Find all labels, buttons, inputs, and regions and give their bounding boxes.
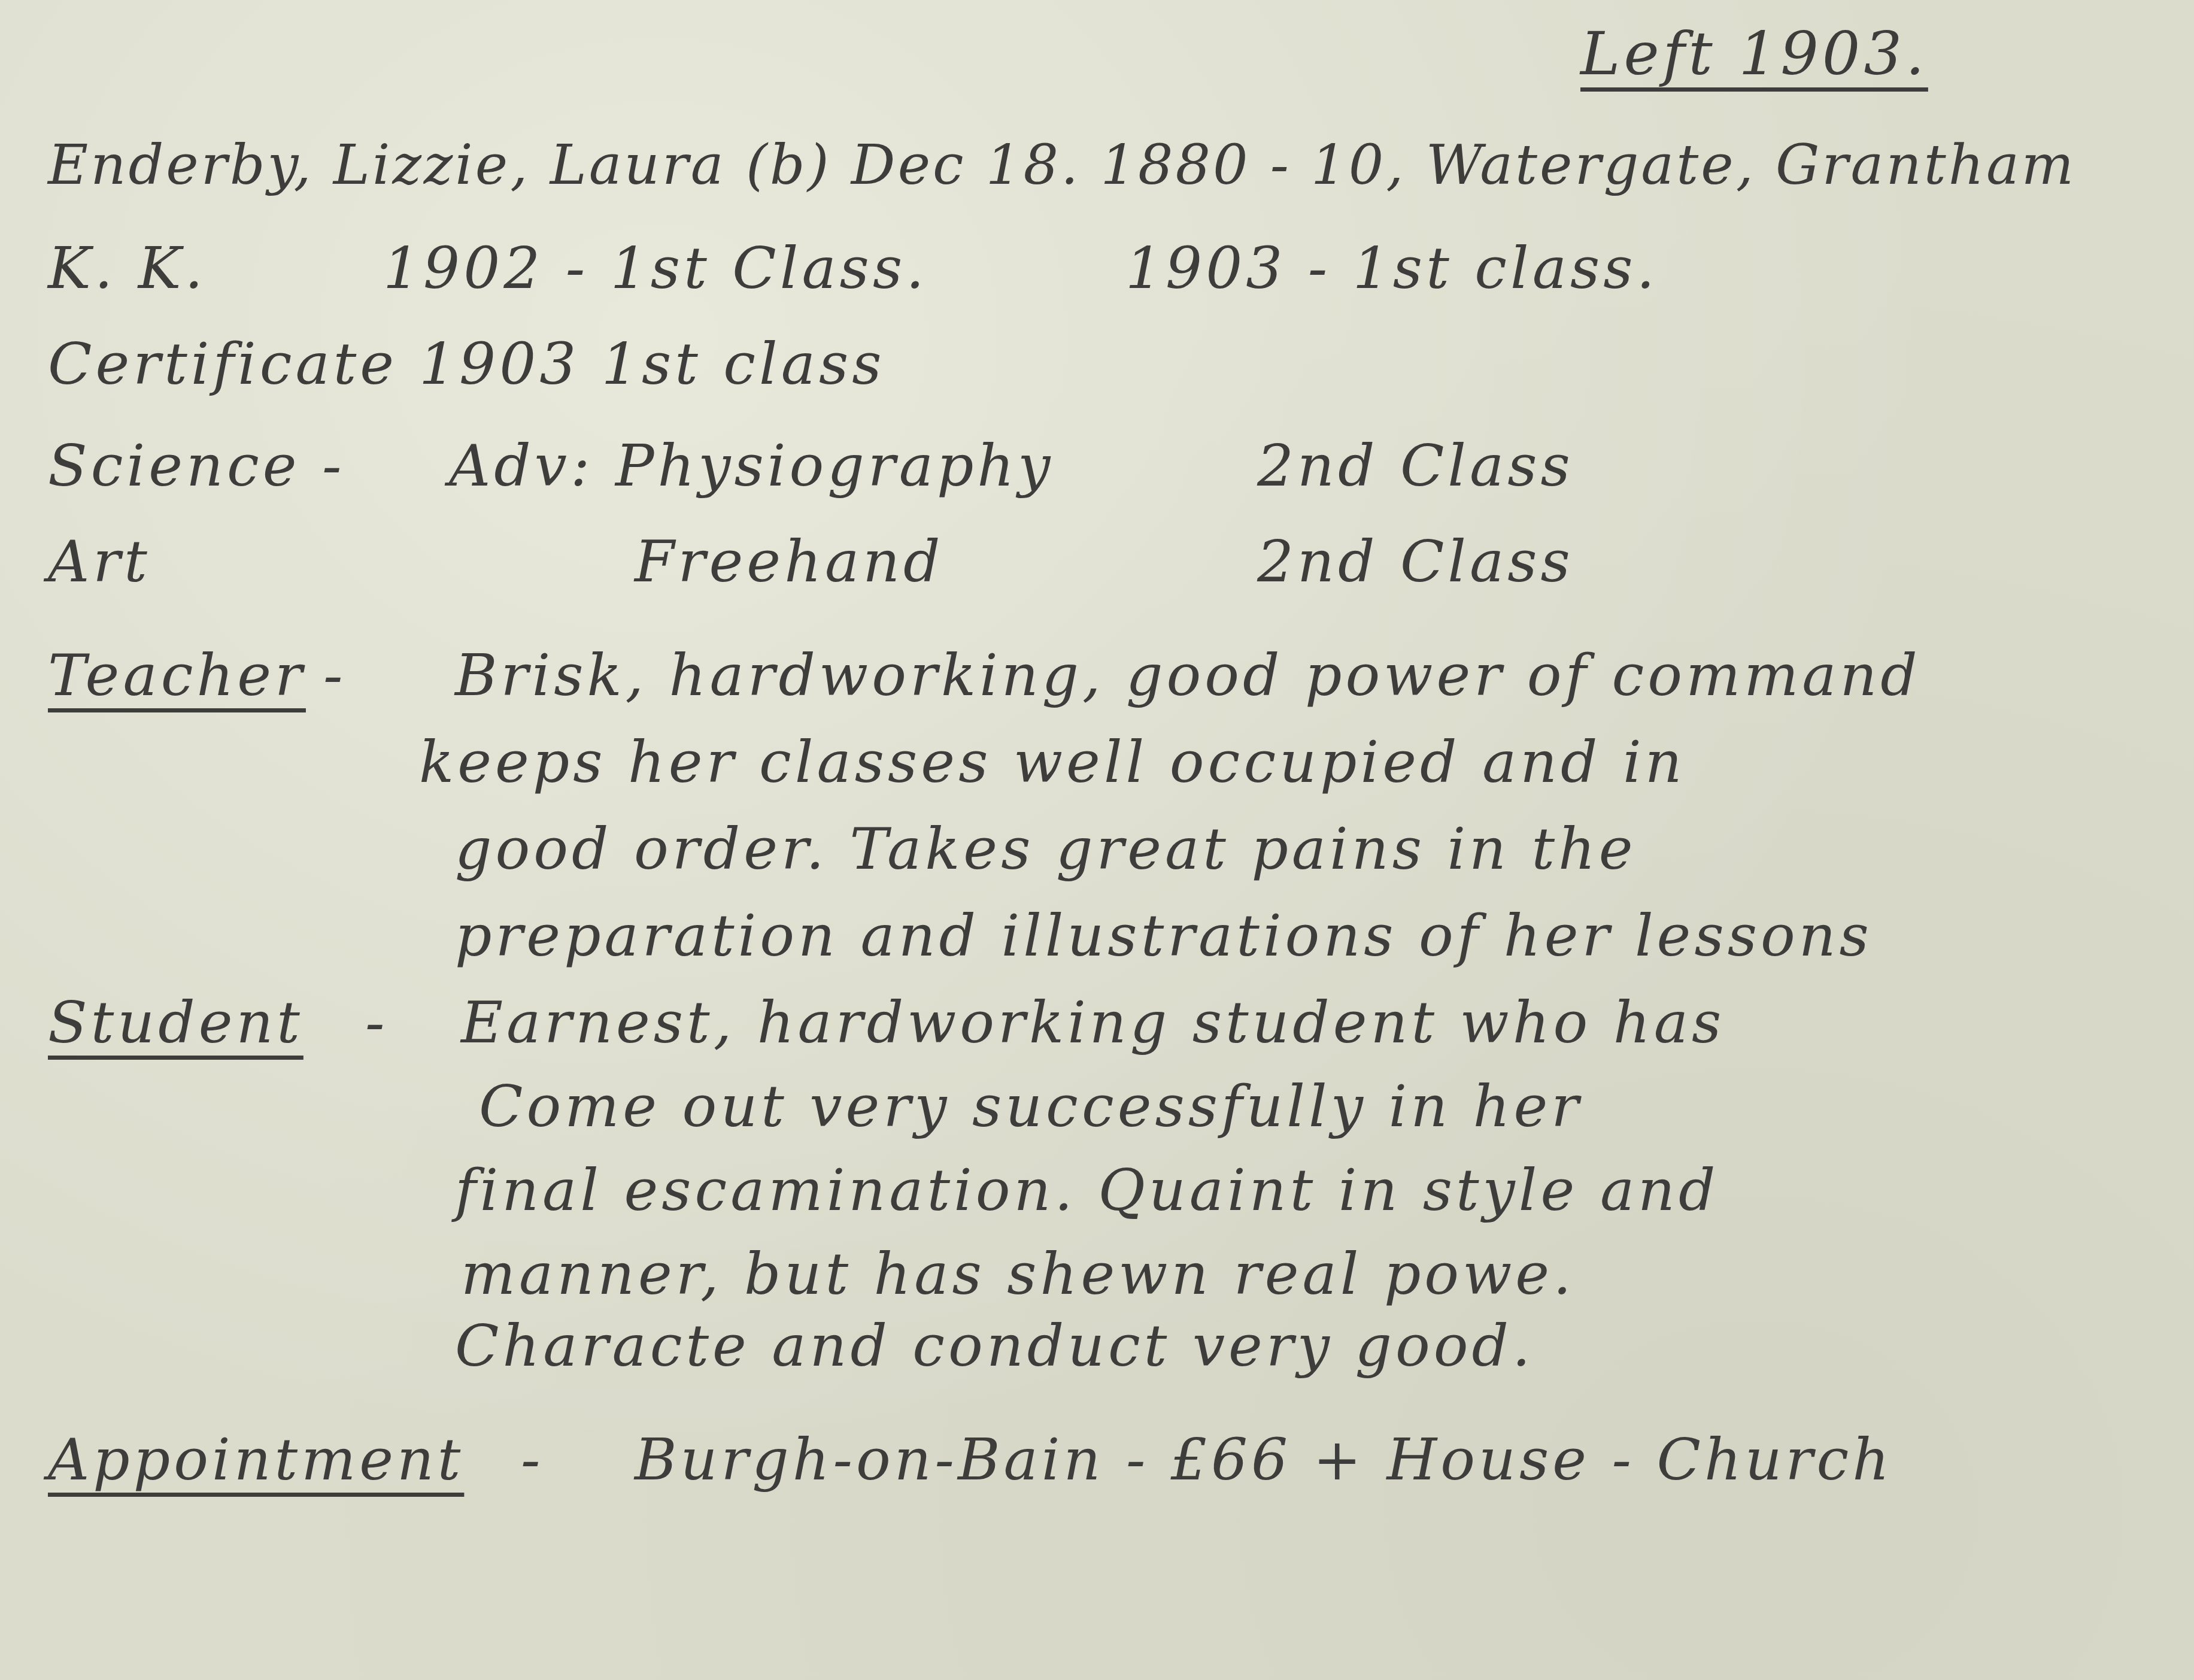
student-comment-line-4: manner, but has shewn real powe. bbox=[461, 1245, 1575, 1303]
appointment-dash: - bbox=[521, 1431, 544, 1488]
teacher-comment-line-3: good order. Takes great pains in the bbox=[455, 820, 1637, 878]
teacher-label: Teacher bbox=[48, 647, 306, 704]
certificate-value: 1903 1st class bbox=[419, 335, 885, 393]
kk-entry-1903: 1903 - 1st class. bbox=[1125, 239, 1658, 297]
teacher-comment-line-1: Brisk, hardworking, good power of comman… bbox=[455, 647, 1921, 704]
student-comment-line-2: Come out very successfully in her bbox=[479, 1078, 1582, 1135]
student-dash: - bbox=[365, 994, 388, 1051]
science-subject: Adv: Physiography bbox=[449, 437, 1054, 495]
record-card: Left 1903. Enderby, Lizzie, Laura (b) De… bbox=[0, 0, 2194, 1680]
personal-details-line: Enderby, Lizzie, Laura (b) Dec 18. 1880 … bbox=[48, 138, 2076, 193]
kk-label: K. K. bbox=[48, 239, 207, 297]
kk-entry-1902: 1902 - 1st Class. bbox=[383, 239, 928, 297]
left-year-note: Left 1903. bbox=[1580, 24, 1928, 84]
science-grade: 2nd Class bbox=[1257, 437, 1574, 495]
science-label: Science - bbox=[48, 437, 345, 495]
teacher-dash: - bbox=[323, 647, 346, 704]
art-subject: Freehand bbox=[635, 533, 943, 590]
teacher-comment-line-4: preparation and illustrations of her les… bbox=[455, 907, 1873, 965]
appointment-value: Burgh-on-Bain - £66 + House - Church bbox=[635, 1431, 1893, 1488]
student-label: Student bbox=[48, 994, 304, 1051]
teacher-comment-line-2: keeps her classes well occupied and in bbox=[419, 733, 1685, 791]
student-comment-line-5: Characte and conduct very good. bbox=[455, 1317, 1534, 1375]
art-label: Art bbox=[48, 533, 151, 590]
student-comment-line-3: final escamination. Quaint in style and bbox=[455, 1162, 1719, 1219]
appointment-label: Appointment bbox=[48, 1431, 464, 1488]
certificate-label: Certificate bbox=[48, 335, 397, 393]
student-comment-line-1: Earnest, hardworking student who has bbox=[461, 994, 1725, 1051]
art-grade: 2nd Class bbox=[1257, 533, 1574, 590]
